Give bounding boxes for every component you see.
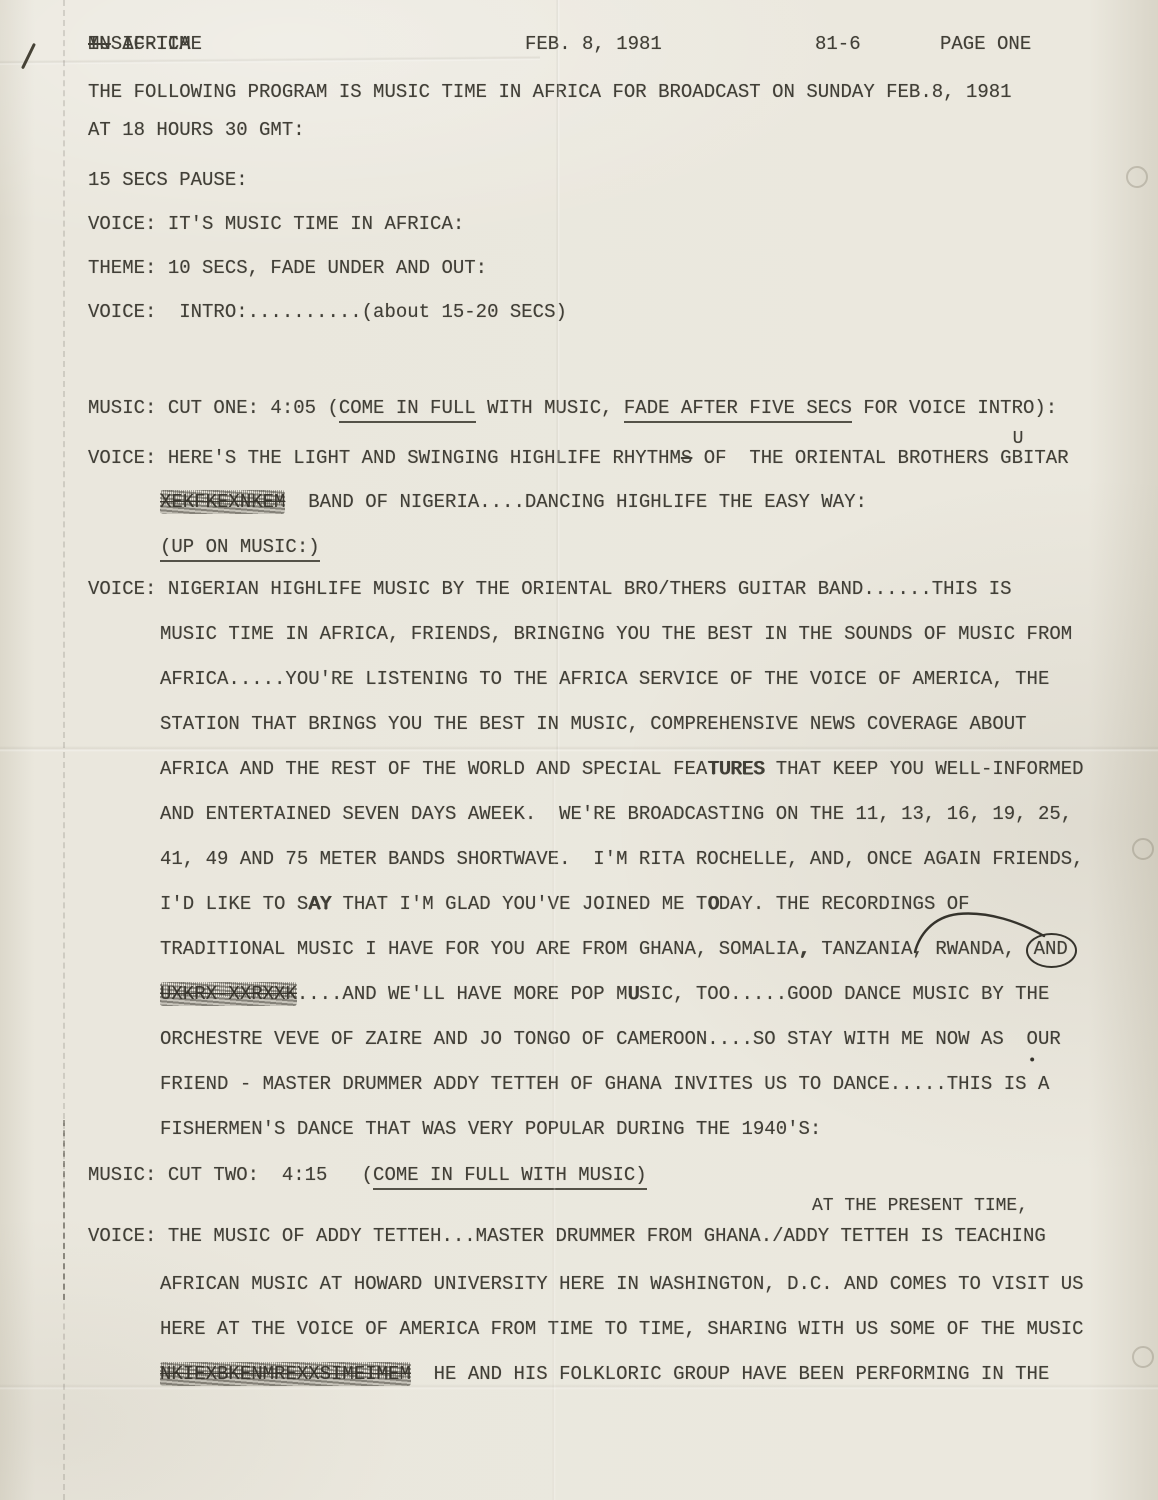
script-line: AFRICAN MUSIC AT HOWARD UNIVERSITY HERE … bbox=[160, 1272, 1084, 1296]
text-run-ot: AY bbox=[308, 892, 331, 916]
text-run-scr: UXKRX-XXRXXK bbox=[160, 982, 297, 1006]
text-run-ot: O bbox=[707, 892, 718, 916]
script-line: XEKFKEXNKEM BAND OF NIGERIA....DANCING H… bbox=[160, 490, 867, 514]
text-run: 41, 49 AND 75 METER BANDS SHORTWAVE. I'M… bbox=[160, 847, 1084, 871]
script-line: NKIEXBKENMREXXSIMEIMEM HE AND HIS FOLKLO… bbox=[160, 1362, 1049, 1386]
typed-correction-above: U bbox=[1013, 427, 1024, 451]
script-line: TRADITIONAL MUSIC I HAVE FOR YOU ARE FRO… bbox=[160, 937, 1072, 961]
text-run: 15 SECS PAUSE: bbox=[88, 168, 248, 192]
script-line: 15 SECS PAUSE: bbox=[88, 168, 248, 192]
script-line: UXKRX-XXRXXK....AND WE'LL HAVE MORE POP … bbox=[160, 982, 1049, 1006]
script-line: HERE AT THE VOICE OF AMERICA FROM TIME T… bbox=[160, 1317, 1084, 1341]
text-run: ....AND WE'LL HAVE MORE POP M bbox=[297, 982, 628, 1006]
script-line: VOICE: IT'S MUSIC TIME IN AFRICA: bbox=[88, 212, 464, 236]
insertion-arc-annotation bbox=[912, 910, 1052, 956]
text-run: BAND OF NIGERIA....DANCING HIGHLIFE THE … bbox=[285, 490, 867, 514]
text-run-u: COME IN FULL bbox=[339, 396, 476, 423]
script-line: STATION THAT BRINGS YOU THE BEST IN MUSI… bbox=[160, 712, 1027, 736]
header-row: MUSIC-TIME IN AFRICAFEB. 8, 198181-6PAGE… bbox=[88, 32, 191, 56]
script-line: VOICE: HERE'S THE LIGHT AND SWINGING HIG… bbox=[88, 446, 1069, 470]
text-run: VOICE: INTRO:..........(about 15-20 SECS… bbox=[88, 300, 567, 324]
script-line: FISHERMEN'S DANCE THAT WAS VERY POPULAR … bbox=[160, 1117, 821, 1141]
script-line: 41, 49 AND 75 METER BANDS SHORTWAVE. I'M… bbox=[160, 847, 1084, 871]
text-run: PAGE ONE bbox=[940, 32, 1031, 56]
text-run: WITH MUSIC, bbox=[476, 396, 624, 420]
typewritten-script-page: MUSIC-TIME IN AFRICAFEB. 8, 198181-6PAGE… bbox=[0, 0, 1158, 1500]
text-run: TRADITIONAL MUSIC I HAVE FOR YOU ARE FRO… bbox=[160, 937, 799, 961]
text-run-u: (UP ON MUSIC:) bbox=[160, 535, 320, 562]
script-line: AFRICA.....YOU'RE LISTENING TO THE AFRIC… bbox=[160, 667, 1049, 691]
hole-punch-mark bbox=[1132, 838, 1154, 860]
text-run-ot: , bbox=[799, 937, 810, 961]
text-run: HE AND HIS FOLKLORIC GROUP HAVE BEEN PER… bbox=[411, 1362, 1050, 1386]
hole-punch-mark bbox=[1126, 166, 1148, 188]
script-line: MUSIC: CUT TWO: 4:15 (COME IN FULL WITH … bbox=[88, 1163, 647, 1190]
text-run: AT 18 HOURS 30 GMT: bbox=[88, 118, 305, 142]
text-run-strike: IN bbox=[88, 32, 111, 56]
text-run: FEB. 8, 1981 bbox=[525, 32, 662, 56]
script-line: VOICE: THE MUSIC OF ADDY TETTEH...MASTER… bbox=[88, 1224, 1046, 1248]
script-line: VOICE: NIGERIAN HIGHLIFE MUSIC BY THE OR… bbox=[88, 577, 1012, 601]
text-run: HERE AT THE VOICE OF AMERICA FROM TIME T… bbox=[160, 1317, 1084, 1341]
text-run: THE FOLLOWING PROGRAM IS MUSIC TIME IN A… bbox=[88, 80, 1012, 104]
text-run: FISHERMEN'S DANCE THAT WAS VERY POPULAR … bbox=[160, 1117, 821, 1141]
text-run-u: COME IN FULL WITH MUSIC) bbox=[373, 1163, 647, 1190]
text-run: THAT KEEP YOU WELL-INFORMED bbox=[764, 757, 1083, 781]
text-run: MUSIC: CUT TWO: 4:15 ( bbox=[88, 1163, 373, 1187]
text-run-scr: XEKFKEXNKEM bbox=[160, 490, 285, 514]
script-line: AND ENTERTAINED SEVEN DAYS AWEEK. WE'RE … bbox=[160, 802, 1072, 826]
text-run-ot: U bbox=[627, 982, 638, 1006]
script-line: MUSIC TIME IN AFRICA, FRIENDS, BRINGING … bbox=[160, 622, 1072, 646]
text-run: SIC, TOO.....GOOD DANCE MUSIC BY THE bbox=[639, 982, 1049, 1006]
text-run: THAT I'M GLAD YOU'VE JOINED ME T bbox=[331, 892, 707, 916]
text-run-um: OUR● bbox=[1027, 1027, 1061, 1051]
inserted-text-line: AT THE PRESENT TIME, bbox=[812, 1194, 1028, 1218]
script-line: AT 18 HOURS 30 GMT: bbox=[88, 118, 305, 142]
text-run: AFRICA.....YOU'RE LISTENING TO THE AFRIC… bbox=[160, 667, 1049, 691]
under-dot-mark: ● bbox=[1030, 1048, 1035, 1072]
script-line: FRIEND - MASTER DRUMMER ADDY TETTEH OF G… bbox=[160, 1072, 1049, 1096]
text-run: ORCHESTRE VEVE OF ZAIRE AND JO TONGO OF … bbox=[160, 1027, 1027, 1051]
text-run: MUSIC TIME IN AFRICA, FRIENDS, BRINGING … bbox=[160, 622, 1072, 646]
text-run: 81-6 bbox=[815, 32, 861, 56]
text-run: STATION THAT BRINGS YOU THE BEST IN MUSI… bbox=[160, 712, 1027, 736]
text-run: AT THE PRESENT TIME, bbox=[812, 1194, 1028, 1218]
text-run-scr: NKIEXBKENMREXXSIMEIMEM bbox=[160, 1362, 411, 1386]
text-run-ot: TURES bbox=[707, 757, 764, 781]
script-line: AFRICA AND THE REST OF THE WORLD AND SPE… bbox=[160, 757, 1084, 781]
script-line: ORCHESTRE VEVE OF ZAIRE AND JO TONGO OF … bbox=[160, 1027, 1061, 1051]
script-line: (UP ON MUSIC:) bbox=[160, 535, 320, 562]
document-body: MUSIC-TIME IN AFRICAFEB. 8, 198181-6PAGE… bbox=[0, 0, 1158, 1500]
script-line: THEME: 10 SECS, FADE UNDER AND OUT: bbox=[88, 256, 487, 280]
text-run: FOR VOICE INTRO): bbox=[852, 396, 1057, 420]
text-run: VOICE: HERE'S THE LIGHT AND SWINGING HIG… bbox=[88, 446, 681, 470]
text-run: VOICE: IT'S MUSIC TIME IN AFRICA: bbox=[88, 212, 464, 236]
script-line: VOICE: INTRO:..........(about 15-20 SECS… bbox=[88, 300, 567, 324]
text-run: AFRICA AND THE REST OF THE WORLD AND SPE… bbox=[160, 757, 707, 781]
text-run: AND ENTERTAINED SEVEN DAYS AWEEK. WE'RE … bbox=[160, 802, 1072, 826]
text-run-strike: S bbox=[681, 446, 692, 470]
text-run: MUSIC: CUT ONE: 4:05 ( bbox=[88, 396, 339, 420]
text-run: VOICE: NIGERIAN HIGHLIFE MUSIC BY THE OR… bbox=[88, 577, 1012, 601]
text-run: VOICE: THE MUSIC OF ADDY TETTEH...MASTER… bbox=[88, 1224, 1046, 1248]
script-line: MUSIC: CUT ONE: 4:05 (COME IN FULL WITH … bbox=[88, 396, 1057, 423]
text-run: FRIEND - MASTER DRUMMER ADDY TETTEH OF G… bbox=[160, 1072, 1049, 1096]
hole-punch-mark bbox=[1132, 1346, 1154, 1368]
text-run: I'D LIKE TO S bbox=[160, 892, 308, 916]
text-run-u: FADE AFTER FIVE SECS bbox=[624, 396, 852, 423]
text-run-above: BU bbox=[1012, 446, 1023, 470]
script-line: THE FOLLOWING PROGRAM IS MUSIC TIME IN A… bbox=[88, 80, 1012, 104]
text-run: AFRICAN MUSIC AT HOWARD UNIVERSITY HERE … bbox=[160, 1272, 1084, 1296]
text-run: THEME: 10 SECS, FADE UNDER AND OUT: bbox=[88, 256, 487, 280]
script-line: I'D LIKE TO SAY THAT I'M GLAD YOU'VE JOI… bbox=[160, 892, 970, 916]
text-run: ITAR bbox=[1023, 446, 1069, 470]
text-run: OF THE ORIENTAL BROTHERS G bbox=[692, 446, 1011, 470]
